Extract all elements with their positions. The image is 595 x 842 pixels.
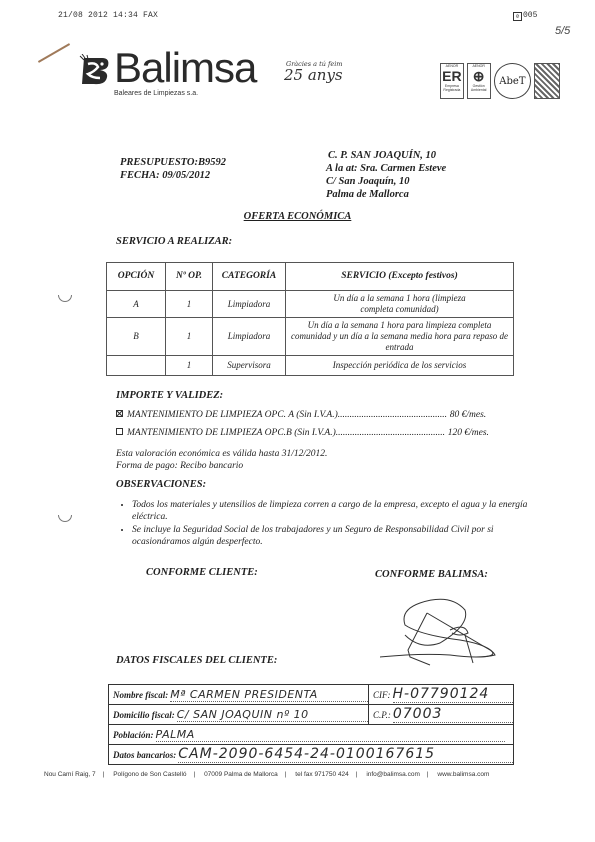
certificate-icon [534,63,560,99]
signature-icon [380,595,540,670]
cell-opcion: B [107,318,166,356]
option-a-price: 80 €/mes. [450,410,486,420]
service-table: OPCIÓN Nº OP. CATEGORÍA SERVICIO (Except… [106,262,514,376]
pricing-heading: IMPORTE Y VALIDEZ: [116,390,223,401]
option-b-price: 120 €/mes. [448,428,489,438]
option-a-label: MANTENIMIENTO DE LIMPIEZA OPC. A (Sin I.… [127,410,338,420]
quote-number: PRESUPUESTO:B9592 [120,156,226,169]
cell-servicio: Un día a la semana 1 hora (limpieza comp… [286,291,514,318]
address-line: A la at: Sra. Carmen Esteve [326,162,446,175]
quote-date: FECHA: 09/05/2012 [120,169,226,182]
balimsa-approval-label: CONFORME BALIMSA: [375,569,488,580]
company-logo: Balimsa Baleares de Limpiezas s.a. Gràci… [78,52,378,100]
table-row: 1 Supervisora Inspección periódica de lo… [107,356,514,376]
option-a-checkbox[interactable] [116,410,123,417]
pricing-option-b: MANTENIMIENTO DE LIMPIEZA OPC.B (Sin I.V… [116,428,489,438]
footer-address: Nou Camí Raig, 7 [44,771,96,778]
cell-categoria: Limpiadora [213,318,286,356]
cell-servicio: Inspección periódica de los servicios [286,356,514,376]
cp-field[interactable]: 07003 [393,706,513,723]
option-b-label: MANTENIMIENTO DE LIMPIEZA OPC.B (Sin I.V… [127,428,336,438]
column-header: SERVICIO (Excepto festivos) [286,263,514,291]
brand-tagline-big: 25 anys [284,66,343,84]
fiscal-row-nombre: Nombre fiscal: Mª CARMEN PRESIDENTA CIF:… [109,685,513,705]
brand-name: Balimsa [114,44,256,92]
nombre-field[interactable]: Mª CARMEN PRESIDENTA [170,688,368,702]
column-header: OPCIÓN [107,263,166,291]
address-line: C/ San Joaquín, 10 [326,175,446,188]
observations-list: Todos los materiales y utensilios de lim… [116,500,532,550]
footer-email[interactable]: info@balimsa.com [366,771,420,778]
pricing-option-a: MANTENIMIENTO DE LIMPIEZA OPC. A (Sin I.… [116,410,486,420]
cell-num: 1 [166,291,213,318]
cell-categoria: Limpiadora [213,291,286,318]
punch-hole-mark [58,515,72,522]
table-row: A 1 Limpiadora Un día a la semana 1 hora… [107,291,514,318]
list-item: Todos los materiales y utensilios de lim… [132,500,532,523]
fiscal-row-poblacion: Población: PALMA [109,725,513,745]
punch-hole-mark [58,295,72,302]
certification-logos: AENOREREmpresa Registrada AENOR⊕Gestión … [440,63,560,101]
cell-num: 1 [166,356,213,376]
fax-timestamp: 21/08 2012 14:34 FAX [58,11,158,20]
aenor-er-icon: AENOREREmpresa Registrada [440,63,464,99]
service-heading: SERVICIO A REALIZAR: [116,236,232,247]
footer-area: Polígono de Son Castelló [113,771,186,778]
address-line: Palma de Mallorca [326,188,446,201]
domicilio-label: Domicilio fiscal: [113,710,175,720]
cif-field[interactable]: H-07790124 [393,686,514,703]
page-count: 5/5 [555,25,570,37]
list-item: Se incluye la Seguridad Social de los tr… [132,525,532,548]
table-header-row: OPCIÓN Nº OP. CATEGORÍA SERVICIO (Except… [107,263,514,291]
bancarios-field[interactable]: CAM-2090-6454-24-0100167615 [178,746,513,763]
nombre-label: Nombre fiscal: [113,690,168,700]
fax-page-number: 005 [523,11,537,20]
fax-page-icon: ⊘ [513,12,522,21]
column-header: CATEGORÍA [213,263,286,291]
cif-label: CIF: [373,690,391,700]
footer-phone: tel fax 971750 424 [295,771,349,778]
option-b-checkbox[interactable] [116,428,123,435]
domicilio-field[interactable]: C/ SAN JOAQUIN nº 10 [177,708,368,722]
footer-website[interactable]: www.balimsa.com [437,771,489,778]
fiscal-data-heading: DATOS FISCALES DEL CLIENTE: [116,655,277,666]
quote-info: PRESUPUESTO:B9592 FECHA: 09/05/2012 [120,156,226,182]
table-row: B 1 Limpiadora Un día a la semana 1 hora… [107,318,514,356]
fiscal-row-bancarios: Datos bancarios: CAM-2090-6454-24-010016… [109,745,513,764]
validity-text: Esta valoración económica es válida hast… [116,449,327,459]
fax-page-code: ⊘005 [513,11,537,21]
recipient-address: C. P. SAN JOAQUÍN, 10 A la at: Sra. Carm… [326,149,446,201]
column-header: Nº OP. [166,263,213,291]
fiscal-row-domicilio: Domicilio fiscal: C/ SAN JOAQUIN nº 10 C… [109,705,513,725]
poblacion-label: Población: [113,730,154,740]
bancarios-label: Datos bancarios: [113,750,176,760]
balimsa-b-icon [78,54,112,86]
cp-label: C.P.: [373,710,391,720]
aenor-ga-icon: AENOR⊕Gestión Ambiental [467,63,491,99]
address-line: C. P. SAN JOAQUÍN, 10 [326,149,446,162]
cell-opcion [107,356,166,376]
company-footer: Nou Camí Raig, 7| Polígono de Son Castel… [44,771,554,778]
pen-mark [38,43,70,63]
cell-opcion: A [107,291,166,318]
document-title: OFERTA ECONÓMICA [0,211,595,222]
cell-num: 1 [166,318,213,356]
cell-servicio: Un día a la semana 1 hora para limpieza … [286,318,514,356]
cell-categoria: Supervisora [213,356,286,376]
observations-heading: OBSERVACIONES: [116,479,206,490]
abet-seal-icon: AbeT [494,63,532,99]
poblacion-field[interactable]: PALMA [156,728,506,742]
brand-subtitle: Baleares de Limpiezas s.a. [114,90,198,97]
payment-method: Forma de pago: Recibo bancario [116,461,243,471]
footer-city: 07009 Palma de Mallorca [204,771,278,778]
client-approval-label: CONFORME CLIENTE: [146,567,258,578]
fiscal-data-form: Nombre fiscal: Mª CARMEN PRESIDENTA CIF:… [108,684,514,765]
